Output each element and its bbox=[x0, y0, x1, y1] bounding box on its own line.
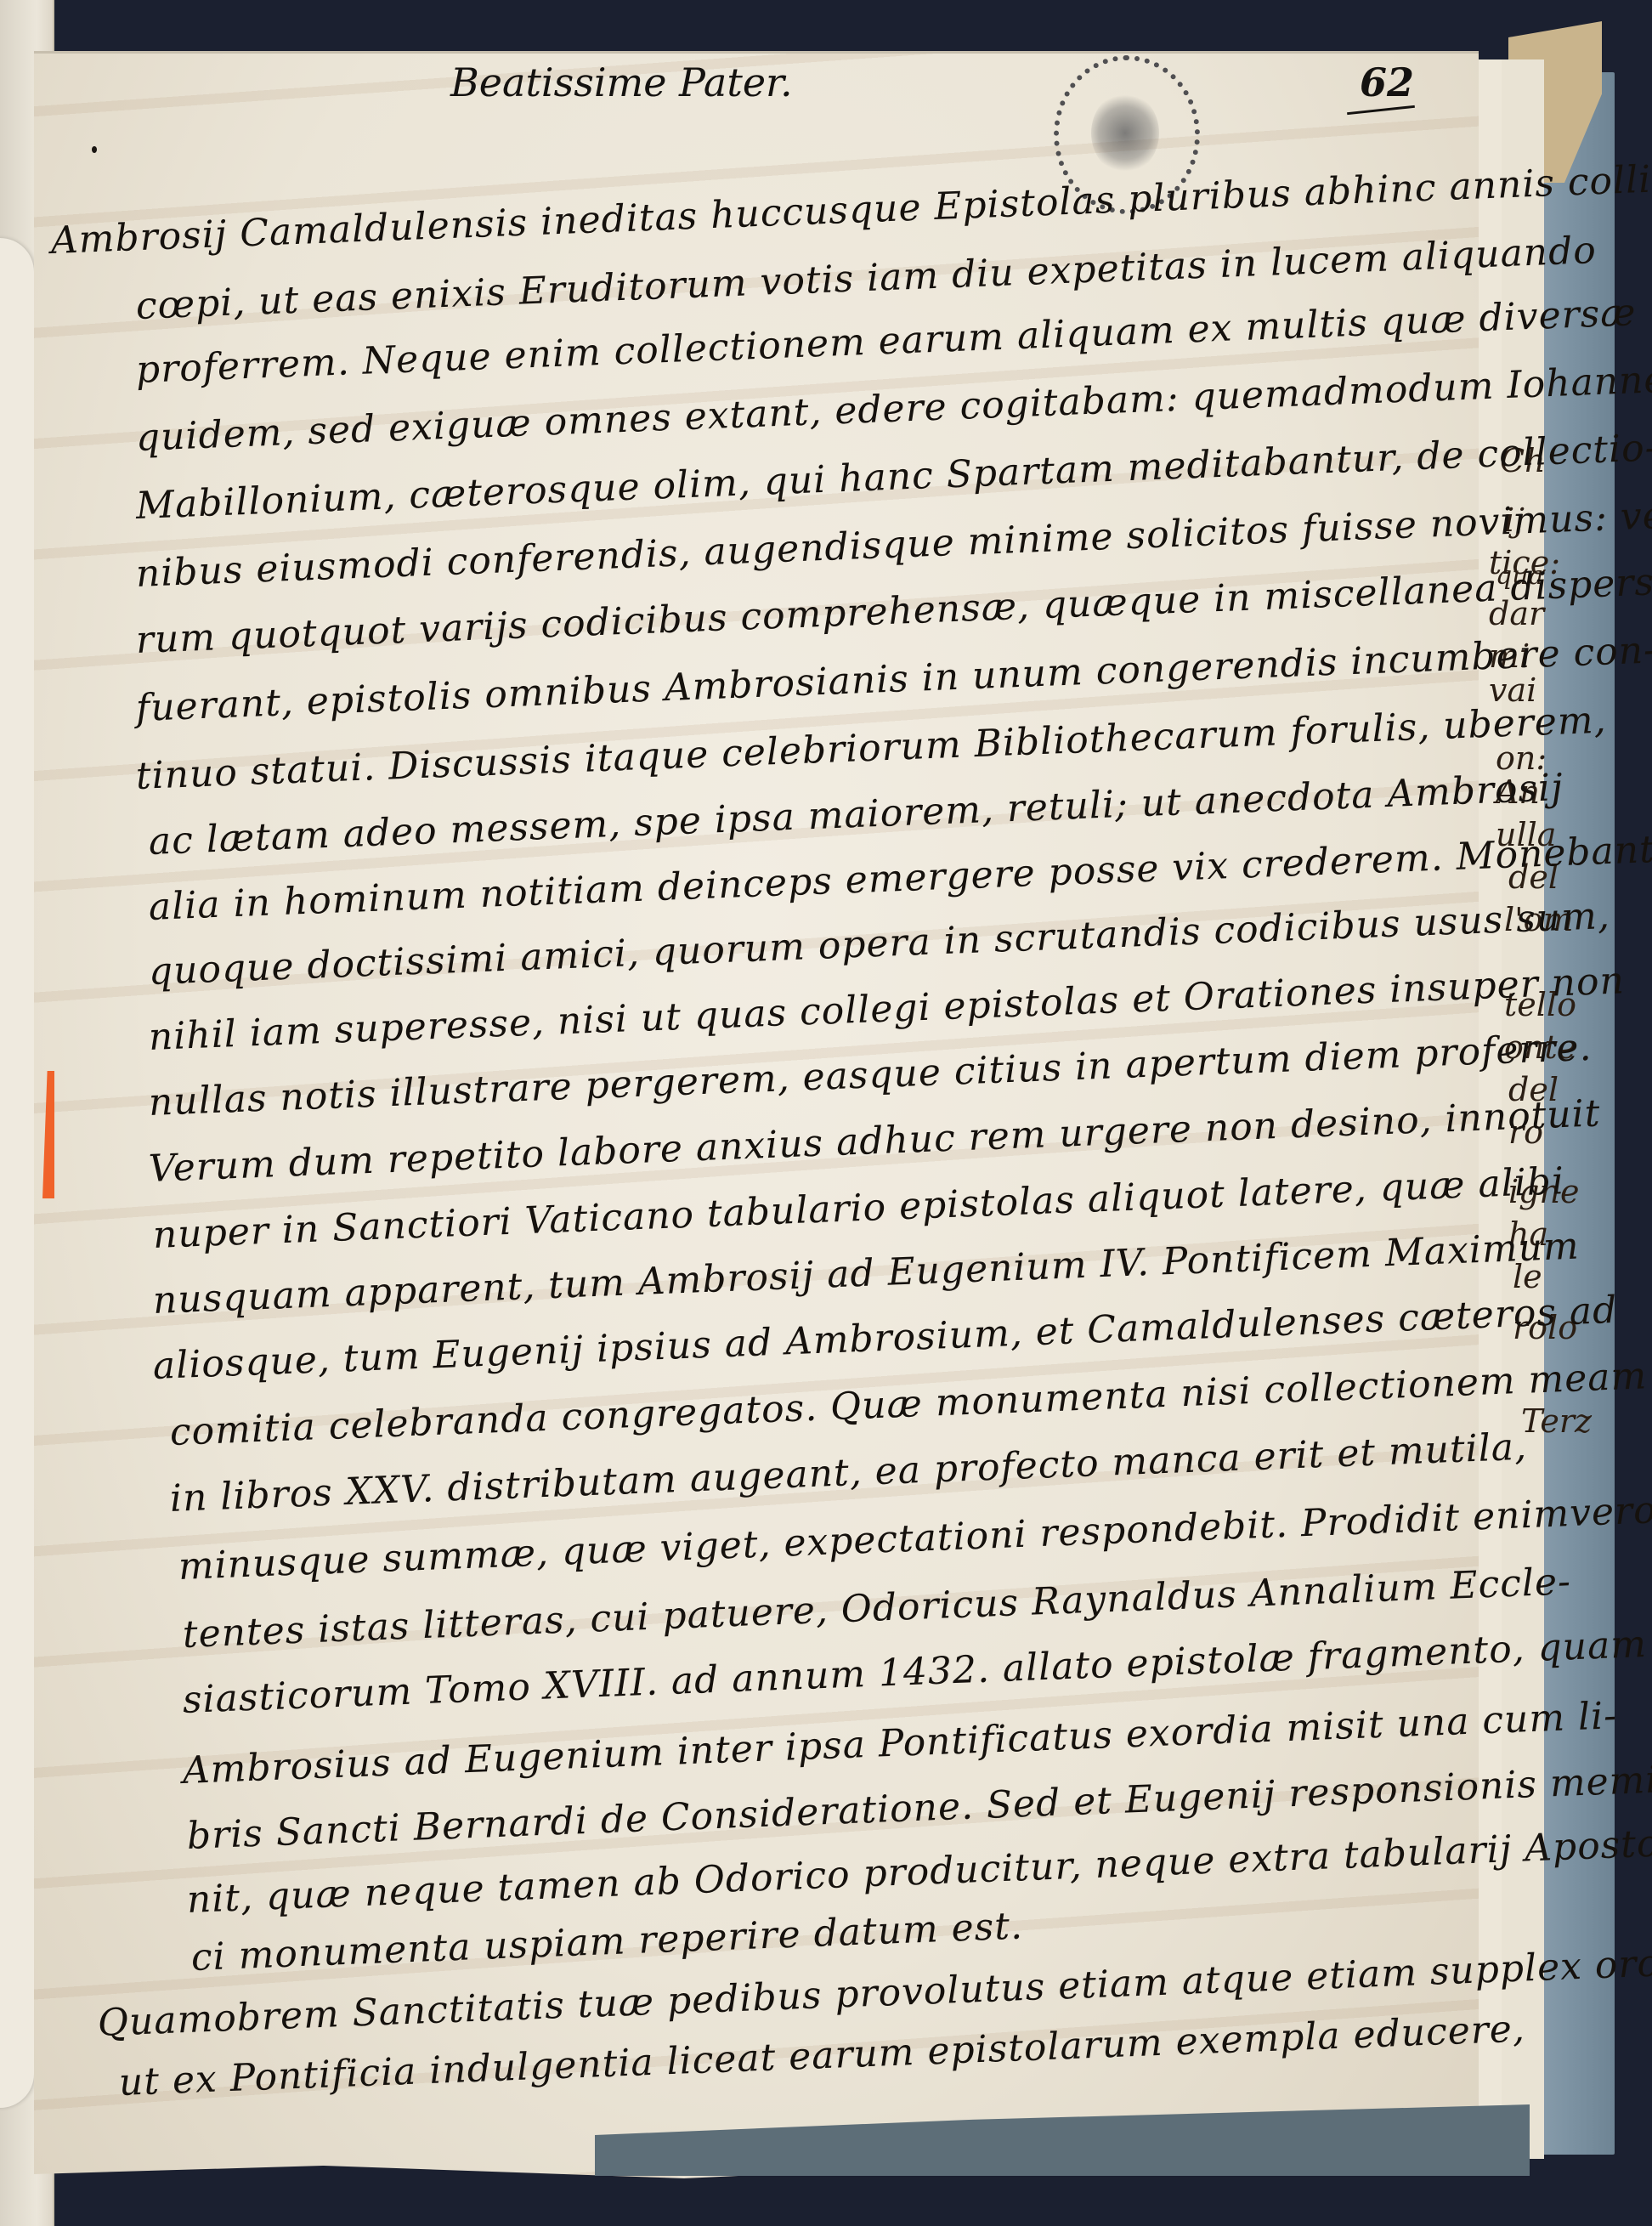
margin-fragment: Terz bbox=[1521, 1402, 1592, 1440]
stamp-emblem-icon bbox=[1091, 93, 1159, 173]
facing-page-curl bbox=[0, 238, 34, 2108]
ink-dot bbox=[92, 146, 97, 153]
salutation-heading: Beatissime Pater. bbox=[450, 59, 793, 105]
folio-number: 62 bbox=[1360, 59, 1414, 105]
